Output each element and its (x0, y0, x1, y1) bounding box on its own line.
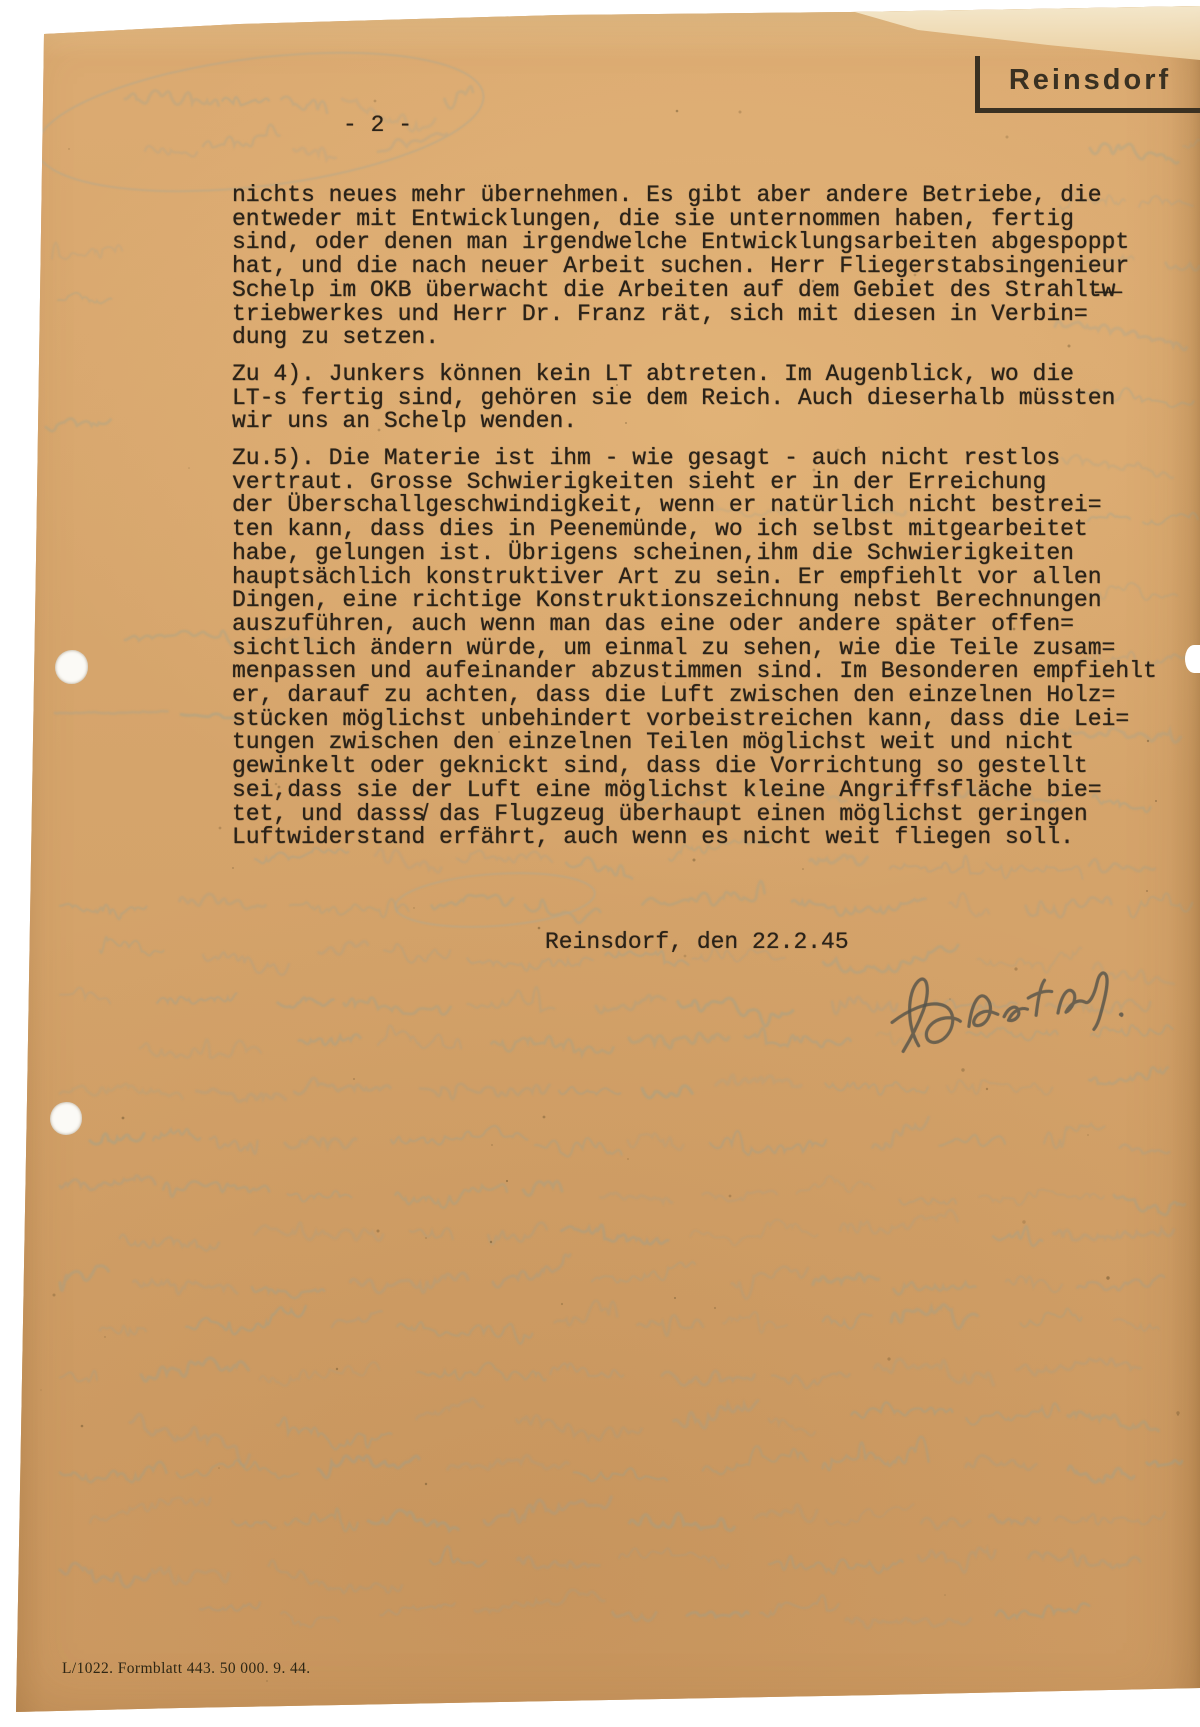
signature-oberth (875, 943, 1144, 1070)
paragraph-1: nichts neues mehr übernehmen. Es gibt ab… (232, 184, 1193, 350)
hole-punch-bottom (50, 1102, 82, 1135)
letter-body: nichts neues mehr übernehmen. Es gibt ab… (232, 184, 1193, 863)
stamp-label: Reinsdorf (1009, 64, 1171, 101)
scanned-letter-page: { "stamp": { "label": "Reinsdorf" }, "pa… (0, 0, 1200, 1727)
dateline: Reinsdorf, den 22.2.45 (545, 929, 849, 955)
page-number: - 2 - (343, 112, 412, 138)
reinsdorf-stamp: Reinsdorf (975, 56, 1200, 113)
form-imprint: L/1022. Formblatt 443. 50 000. 9. 44. (62, 1660, 311, 1678)
hole-punch-top (55, 650, 88, 684)
paragraph-2: Zu 4). Junkers können kein LT abtreten. … (232, 363, 1193, 434)
letter-paper: Reinsdorf - 2 - nichts neues mehr überne… (0, 0, 1200, 1727)
edge-tear-notch (1185, 645, 1200, 673)
paragraph-3: Zu.5). Die Materie ist ihm - wie gesagt … (232, 447, 1193, 850)
